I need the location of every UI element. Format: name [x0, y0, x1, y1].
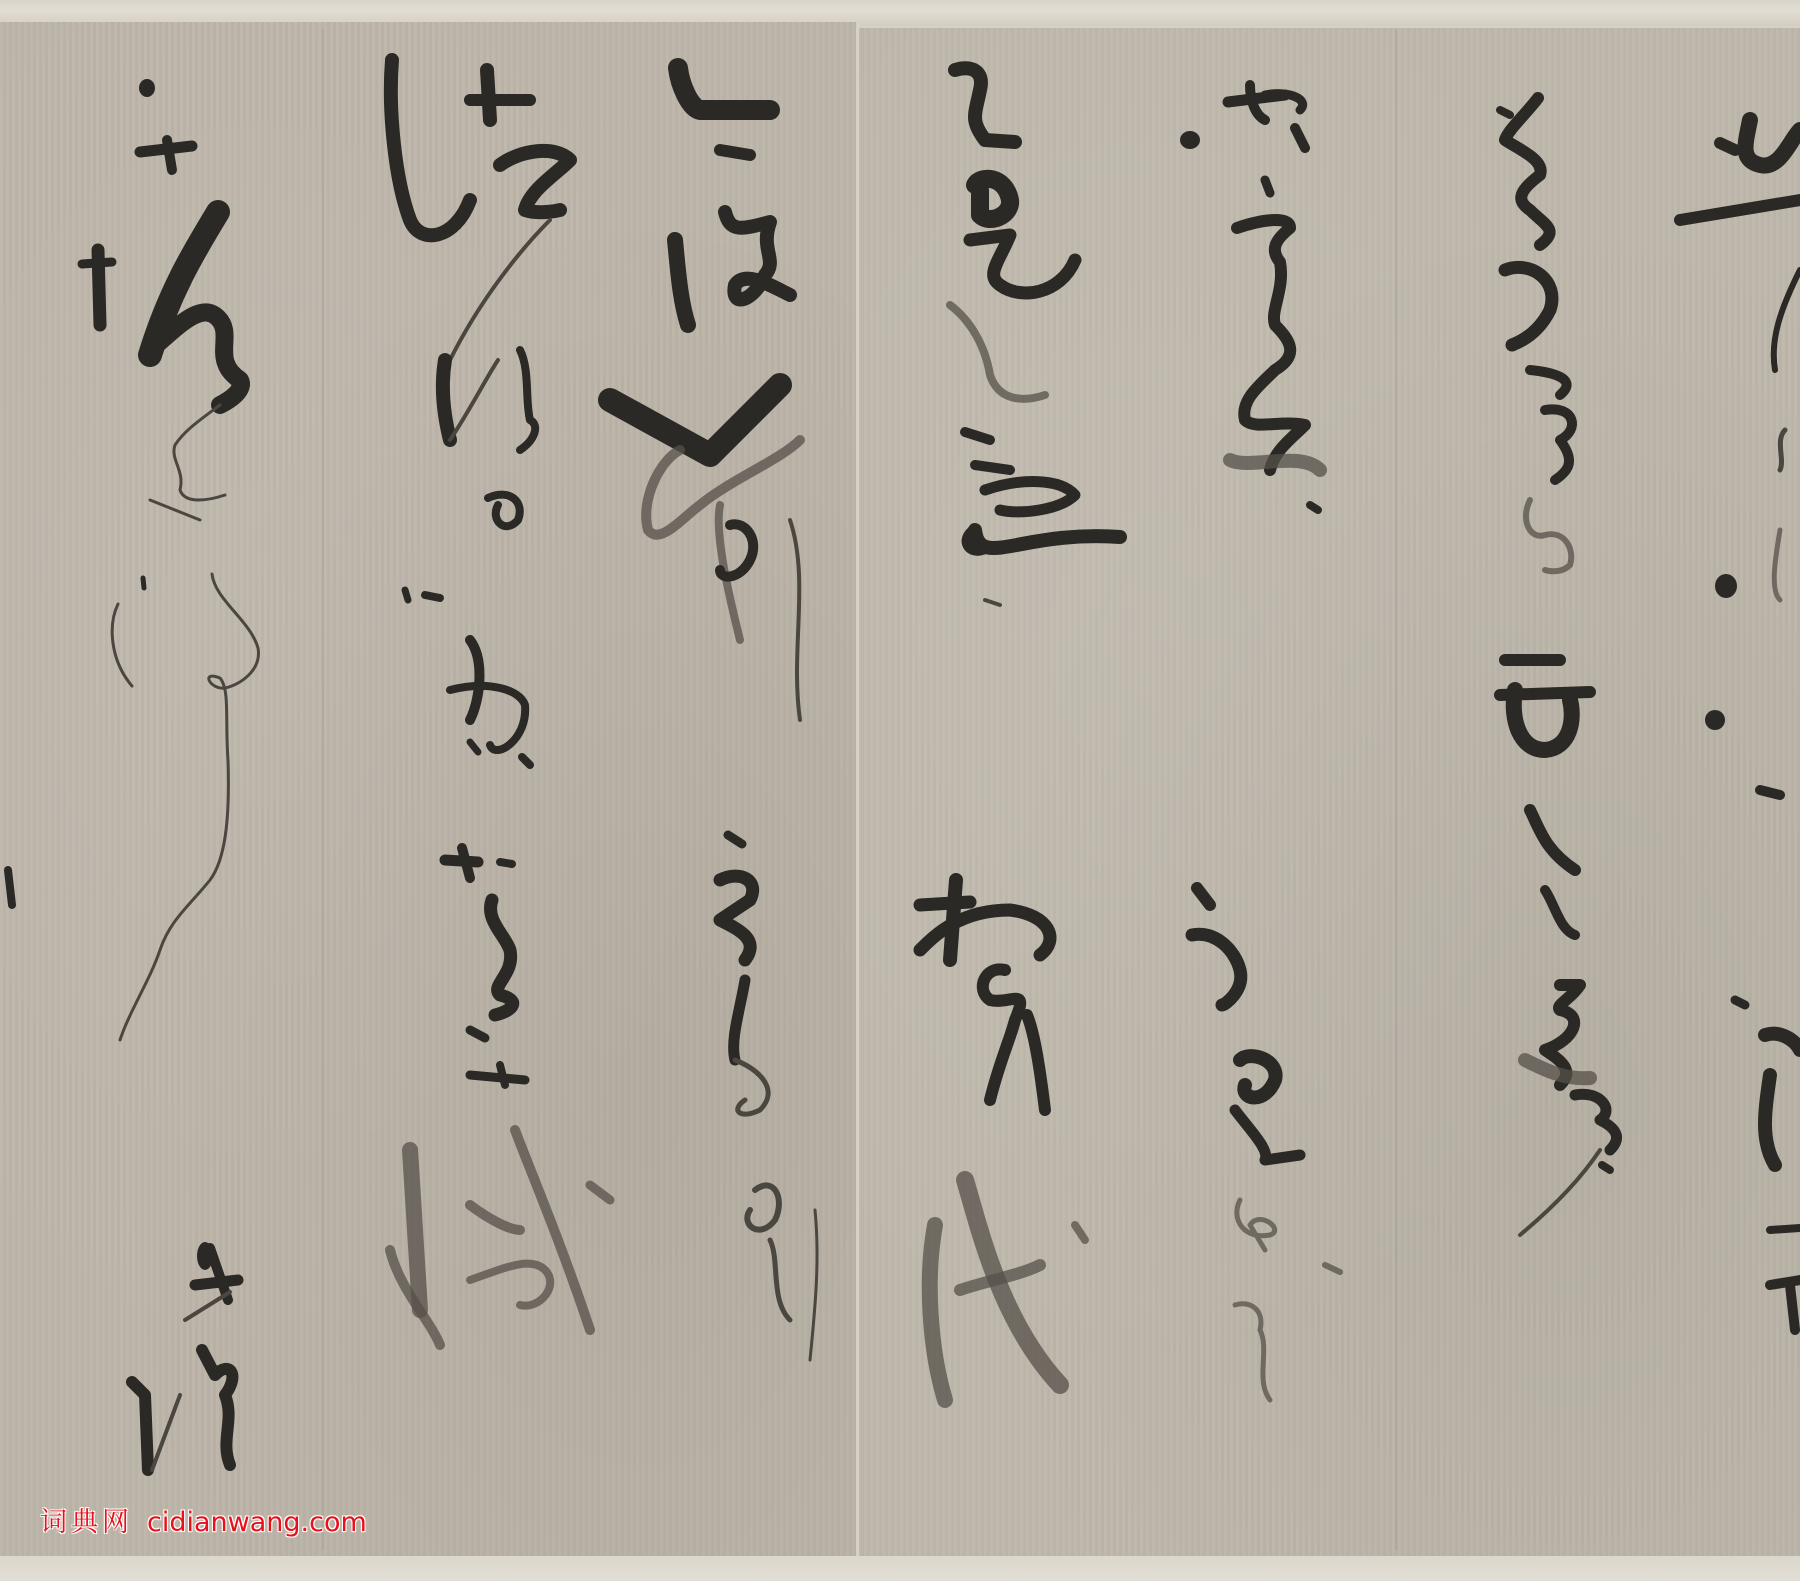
- calligraphy-column-5: [1180, 85, 1340, 1400]
- watermark-site-name: 词典网: [40, 1507, 133, 1538]
- calligraphy-strokes: [0, 0, 1800, 1581]
- calligraphy-column-1: [8, 79, 258, 1470]
- calligraphy-column-7: [1680, 120, 1800, 1330]
- calligraphy-column-3: [610, 68, 817, 1360]
- calligraphy-column-2: [390, 60, 610, 1345]
- calligraphy-column-4: [920, 68, 1120, 1400]
- calligraphy-column-6: [1500, 98, 1617, 1235]
- watermark-domain: cidianwang.com: [147, 1507, 367, 1538]
- watermark: 词典网cidianwang.com: [40, 1506, 367, 1540]
